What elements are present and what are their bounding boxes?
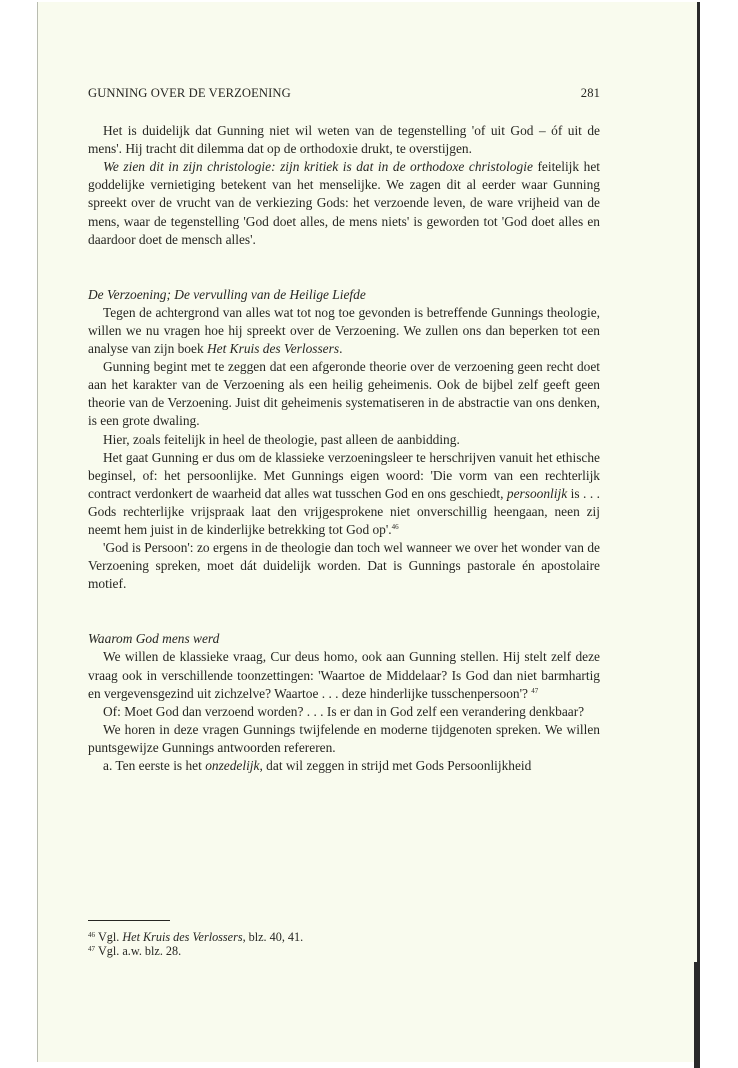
footnote-47: 47Vgl. a.w. blz. 28. <box>88 944 600 958</box>
footnotes: 46Vgl. Het Kruis des Verlossers, blz. 40… <box>88 920 600 959</box>
paragraph-s1-3: Hier, zoals feitelijk in heel de theolog… <box>88 431 600 449</box>
footnote-number: 46 <box>88 931 95 939</box>
paragraph-s1-2: Gunning begint met te zeggen dat een afg… <box>88 358 600 430</box>
paragraph-s1-1-text: Tegen de achtergrond van alles wat tot n… <box>88 305 600 356</box>
paragraph-s2-2: Of: Moet God dan verzoend worden? . . . … <box>88 703 600 721</box>
paragraph-s2-3: We horen in deze vragen Gunnings twijfel… <box>88 721 600 757</box>
paragraph-s2-1: We willen de klassieke vraag, Cur deus h… <box>88 648 600 702</box>
footnote-ref-46[interactable]: 46 <box>392 523 399 531</box>
point-a-rest: , dat wil zeggen in strijd met Gods Pers… <box>259 758 531 773</box>
footnote-book-title: Het Kruis des Verlossers <box>122 930 242 944</box>
paragraph-intro-1: Het is duidelijk dat Gunning niet wil we… <box>88 122 600 158</box>
section-heading-waarom: Waarom God mens werd <box>88 630 600 648</box>
page-edge-shadow-lower <box>694 962 697 1068</box>
page-edge-shadow <box>697 2 700 1068</box>
paragraph-intro-2: We zien dit in zijn christologie: zijn k… <box>88 158 600 248</box>
footnote-text: Vgl. <box>98 930 122 944</box>
footnote-46: 46Vgl. Het Kruis des Verlossers, blz. 40… <box>88 930 600 944</box>
page-number: 281 <box>581 84 600 102</box>
paragraph-s1-1: Tegen de achtergrond van alles wat tot n… <box>88 304 600 358</box>
punctuation: . <box>339 341 342 356</box>
footnote-text: Vgl. a.w. blz. 28. <box>98 944 181 958</box>
paragraph-s1-4: Het gaat Gunning er dus om de klassieke … <box>88 449 600 539</box>
paragraph-s1-5: 'God is Persoon': zo ergens in de theolo… <box>88 539 600 593</box>
italic-christologie: We zien dit in zijn christologie: zijn k… <box>103 159 533 174</box>
footnote-number: 47 <box>88 945 95 953</box>
italic-persoonlijk: persoonlijk <box>507 486 567 501</box>
italic-onzedelijk: onzedelijk <box>205 758 259 773</box>
point-a-text: a. Ten eerste is het <box>103 758 205 773</box>
running-head: GUNNING OVER DE VERZOENING 281 <box>88 84 600 102</box>
page-body: GUNNING OVER DE VERZOENING 281 Het is du… <box>88 84 600 775</box>
book-title: Het Kruis des Verlossers <box>207 341 339 356</box>
section-heading-verzoening: De Verzoening; De vervulling van de Heil… <box>88 286 600 304</box>
footnote-pages: , blz. 40, 41. <box>243 930 304 944</box>
paragraph-s2-1-text: We willen de klassieke vraag, Cur deus h… <box>88 649 600 700</box>
paragraph-s2-4: a. Ten eerste is het onzedelijk, dat wil… <box>88 757 600 775</box>
running-head-title: GUNNING OVER DE VERZOENING <box>88 84 291 102</box>
footnote-ref-47[interactable]: 47 <box>531 687 538 695</box>
footnote-rule <box>88 920 170 921</box>
